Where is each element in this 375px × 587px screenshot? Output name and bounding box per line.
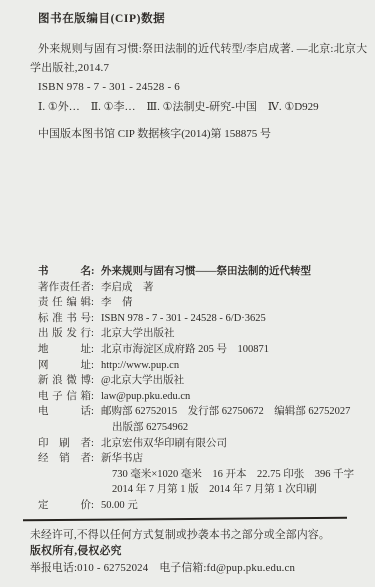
cip-record-number: 中国版本图书馆 CIP 数据核字(2014)第 158875 号 — [38, 127, 375, 142]
field-label: 新浪微博 — [38, 373, 91, 389]
footer-block: 未经许可,不得以任何方式复制或抄袭本书之部分或全部内容。 版权所有,侵权必究 举… — [0, 512, 375, 575]
field-value: @北京大学出版社 — [101, 373, 184, 389]
colophon-row-email: 电子信箱:law@pup.pku.edu.cn — [38, 389, 361, 405]
field-value: http://www.pup.cn — [101, 358, 179, 374]
field-value: 2014 年 7 月第 1 版 2014 年 7 月第 1 次印刷 — [112, 482, 317, 498]
field-value: 新华书店 — [101, 451, 143, 467]
field-value: ISBN 978 - 7 - 301 - 24528 - 6/D·3625 — [101, 311, 266, 327]
field-value: 出版部 62754962 — [112, 420, 188, 436]
field-colon: : — [91, 389, 96, 405]
cip-classification: Ⅰ. ①外… Ⅱ. ①李… Ⅲ. ①法制史-研究-中国 Ⅳ. ①D929 — [38, 100, 375, 115]
field-value: 北京大学出版社 — [101, 326, 175, 342]
cip-block: 图书在版编目(CIP)数据 外来规则与固有习惯:祭田法制的近代转型/李启成著. … — [0, 12, 375, 142]
field-colon: : — [91, 280, 96, 296]
colophon-row-isbn: 标准书号:ISBN 978 - 7 - 301 - 24528 - 6/D·36… — [38, 311, 361, 327]
field-label: 电子信箱 — [38, 389, 91, 405]
field-value: 邮购部 62752015 发行部 62750672 编辑部 62752027 — [101, 404, 350, 420]
field-colon: : — [91, 342, 96, 358]
field-label: 责任编辑 — [38, 295, 91, 311]
colophon-row-edition: 2014 年 7 月第 1 版 2014 年 7 月第 1 次印刷 — [38, 482, 361, 498]
cip-isbn: ISBN 978 - 7 - 301 - 24528 - 6 — [38, 80, 375, 95]
field-colon: : — [91, 358, 96, 374]
field-value: 北京宏伟双华印刷有限公司 — [101, 436, 227, 452]
colophon-row-phone: 电话:邮购部 62752015 发行部 62750672 编辑部 6275202… — [38, 404, 361, 420]
colophon-row-website: 网址:http://www.pup.cn — [38, 358, 361, 374]
divider-rule — [23, 517, 347, 522]
copyright-page: 图书在版编目(CIP)数据 外来规则与固有习惯:祭田法制的近代转型/李启成著. … — [0, 0, 375, 587]
field-label: 著作责任者 — [38, 280, 91, 296]
copy-notice: 未经许可,不得以任何方式复制或抄袭本书之部分或全部内容。 — [30, 529, 375, 542]
colophon-row-format: 730 毫米×1020 毫米 16 开本 22.75 印张 396 千字 — [38, 467, 361, 483]
rights-statement: 版权所有,侵权必究 — [30, 545, 375, 558]
field-label: 标准书号 — [38, 311, 91, 327]
cip-heading: 图书在版编目(CIP)数据 — [38, 12, 375, 26]
field-colon: : — [91, 373, 96, 389]
field-label: 印刷者 — [38, 436, 91, 452]
field-label: 地址 — [38, 342, 91, 358]
field-value: 外来规则与固有习惯——祭田法制的近代转型 — [101, 264, 311, 280]
cip-citation-line2: 学出版社,2014.7 — [30, 59, 375, 78]
colophon-row-address: 地址:北京市海淀区成府路 205 号 100871 — [38, 342, 361, 358]
colophon-row-weibo: 新浪微博:@北京大学出版社 — [38, 373, 361, 389]
field-colon: : — [91, 404, 96, 420]
colophon-row-publisher: 出版发行:北京大学出版社 — [38, 326, 361, 342]
field-label: 电话 — [38, 404, 91, 420]
field-label: 书名 — [38, 264, 91, 280]
colophon-row-author: 著作责任者:李启成 著 — [38, 280, 361, 296]
field-value: law@pup.pku.edu.cn — [101, 389, 190, 405]
field-colon: : — [91, 326, 96, 342]
cip-citation-line1: 外来规则与固有习惯:祭田法制的近代转型/李启成著. —北京:北京大 — [38, 40, 375, 59]
field-label: 经销者 — [38, 451, 91, 467]
field-value: 李启成 著 — [101, 280, 154, 296]
field-value: 李 倩 — [101, 295, 133, 311]
field-label: 网址 — [38, 358, 91, 374]
report-contact: 举报电话:010 - 62752024 电子信箱:fd@pup.pku.edu.… — [30, 562, 375, 575]
field-colon: : — [91, 436, 96, 452]
field-colon: : — [91, 264, 96, 280]
field-value: 730 毫米×1020 毫米 16 开本 22.75 印张 396 千字 — [112, 467, 354, 483]
field-colon: : — [91, 295, 96, 311]
colophon-block: 书名:外来规则与固有习惯——祭田法制的近代转型 著作责任者:李启成 著 责任编辑… — [38, 264, 361, 514]
colophon-row-phone-cont: 出版部 62754962 — [38, 420, 361, 436]
colophon-row-editor: 责任编辑:李 倩 — [38, 295, 361, 311]
field-colon: : — [91, 451, 96, 467]
field-label: 出版发行 — [38, 326, 91, 342]
field-value: 北京市海淀区成府路 205 号 100871 — [101, 342, 269, 358]
colophon-row-title: 书名:外来规则与固有习惯——祭田法制的近代转型 — [38, 264, 361, 280]
field-colon: : — [91, 311, 96, 327]
colophon-row-printer: 印刷者:北京宏伟双华印刷有限公司 — [38, 436, 361, 452]
colophon-row-distributor: 经销者:新华书店 — [38, 451, 361, 467]
